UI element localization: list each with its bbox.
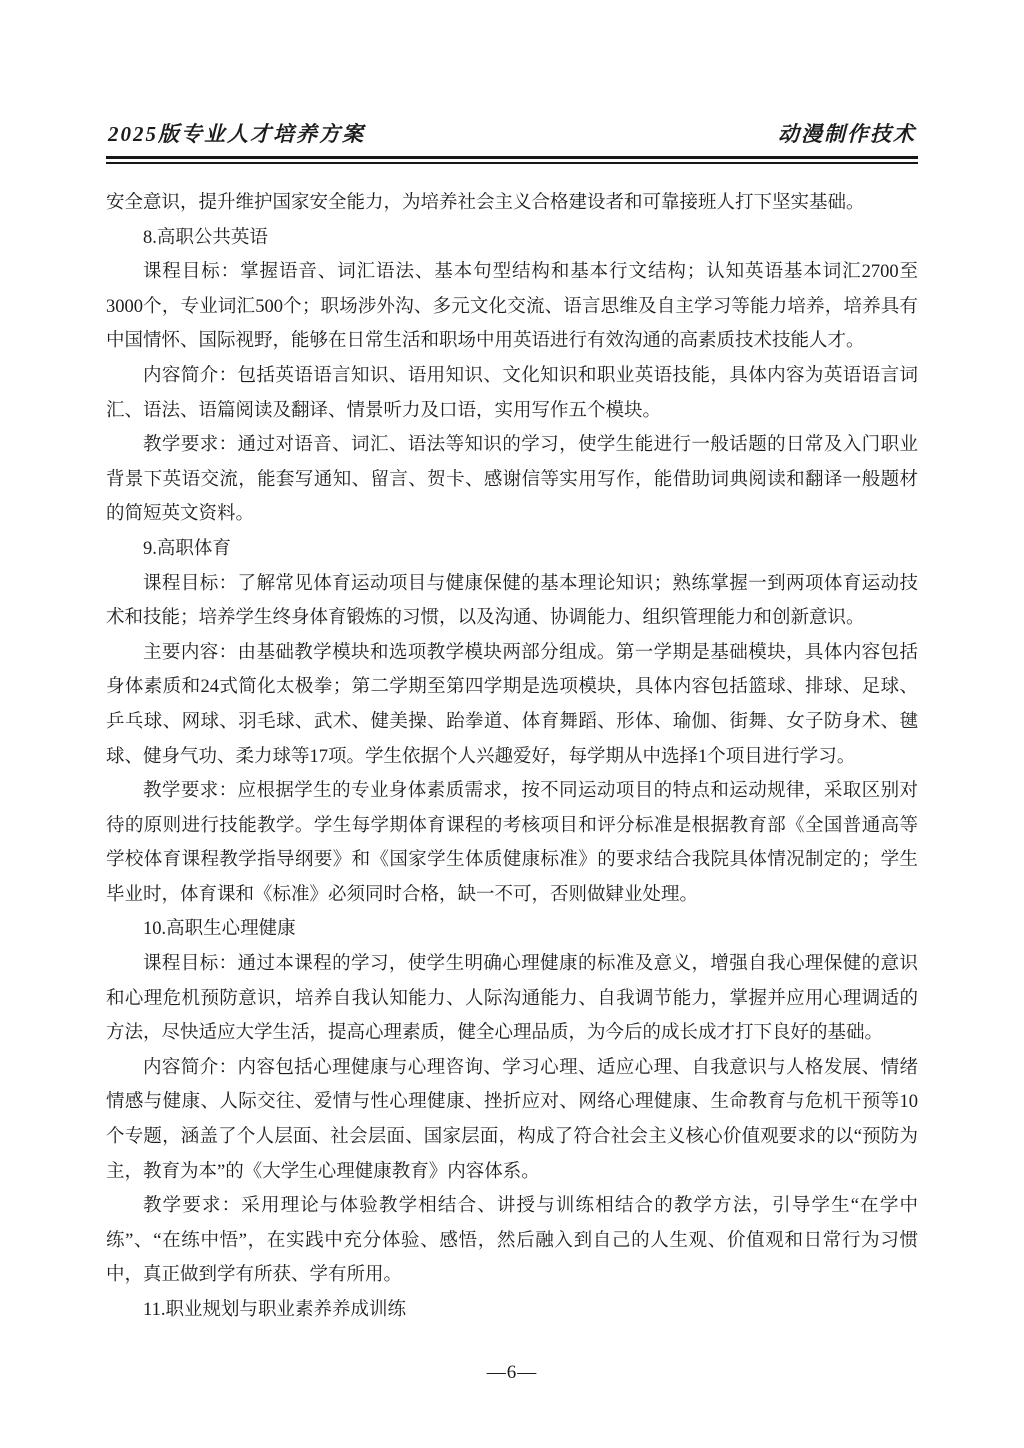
header-right-title: 动漫制作技术 (778, 118, 916, 148)
paragraph: 内容简介：包括英语语言知识、语用知识、文化知识和职业英语技能，具体内容为英语语言… (106, 359, 918, 428)
page-number: —6— (0, 1362, 1024, 1384)
paragraph: 课程目标：掌握语音、词汇语法、基本句型结构和基本行文结构；认知英语基本词汇270… (106, 255, 918, 359)
section-heading: 10.高职生心理健康 (106, 912, 918, 947)
paragraph: 课程目标：了解常见体育运动项目与健康保健的基本理论知识；熟练掌握一到两项体育运动… (106, 567, 918, 636)
section-heading: 9.高职体育 (106, 532, 918, 567)
header-left-title: 2025版专业人才培养方案 (108, 118, 365, 148)
paragraph: 安全意识，提升维护国家安全能力，为培养社会主义合格建设者和可靠接班人打下坚实基础… (106, 186, 918, 221)
paragraph: 内容简介：内容包括心理健康与心理咨询、学习心理、适应心理、自我意识与人格发展、情… (106, 1051, 918, 1189)
header-double-rule (106, 156, 918, 164)
paragraph: 教学要求：通过对语音、词汇、语法等知识的学习，使学生能进行一般话题的日常及入门职… (106, 428, 918, 532)
paragraph: 主要内容：由基础教学模块和选项教学模块两部分组成。第一学期是基础模块，具体内容包… (106, 636, 918, 774)
page-header: 2025版专业人才培养方案 动漫制作技术 (106, 118, 918, 156)
section-heading: 11.职业规划与职业素养养成训练 (106, 1293, 918, 1328)
document-page: 2025版专业人才培养方案 动漫制作技术 安全意识，提升维护国家安全能力，为培养… (0, 0, 1024, 1448)
paragraph: 教学要求：采用理论与体验教学相结合、讲授与训练相结合的教学方法，引导学生“在学中… (106, 1189, 918, 1293)
paragraph: 教学要求：应根据学生的专业身体素质需求，按不同运动项目的特点和运动规律，采取区别… (106, 774, 918, 912)
paragraph: 课程目标：通过本课程的学习，使学生明确心理健康的标准及意义，增强自我心理保健的意… (106, 947, 918, 1051)
section-heading: 8.高职公共英语 (106, 221, 918, 256)
document-body: 安全意识，提升维护国家安全能力，为培养社会主义合格建设者和可靠接班人打下坚实基础… (106, 186, 918, 1328)
